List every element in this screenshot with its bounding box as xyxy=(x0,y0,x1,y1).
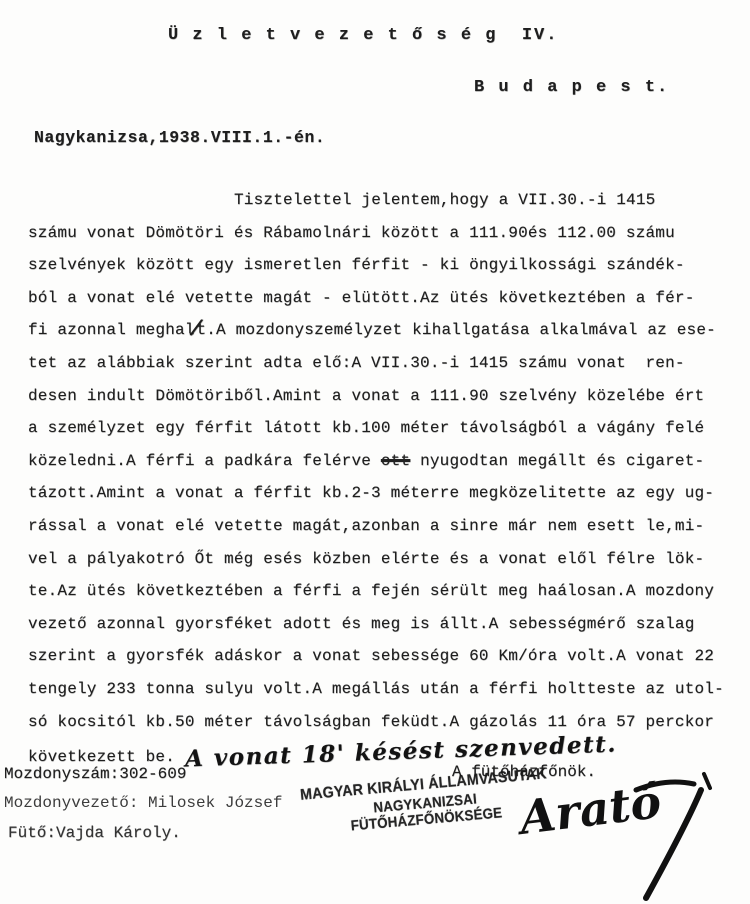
typed-text: következett be. xyxy=(28,748,185,766)
body-lines: Tisztelettel jelentem,hogy a VII.30.-i 1… xyxy=(28,184,734,771)
driver-name: Mozdonyvezető: Milosek József xyxy=(4,794,282,812)
body-line: te.Az ütés következtében a férfi a fején… xyxy=(28,575,734,608)
typed-text: vel a pályakotró Őt még esés közben elér… xyxy=(28,550,704,568)
dateline: Nagykanizsa,1938.VIII.1.-én. xyxy=(34,128,325,147)
body-line: tet az alábbiak szerint adta elő:A VII.3… xyxy=(28,347,734,380)
body-line: tengely 233 tonna sulyu volt.A megállás … xyxy=(28,673,734,706)
body-line: fi azonnal meghal/t.A mozdonyszemélyzet … xyxy=(28,314,734,347)
typed-text: vezető azonnal gyorsféket adott és meg i… xyxy=(28,615,695,633)
typed-text: te.Az ütés következtében a férfi a fején… xyxy=(28,582,714,600)
body-line: vel a pályakotró Őt még esés közben elér… xyxy=(28,543,734,576)
typed-text: fi azonnal meghal xyxy=(28,321,195,339)
body-line: a személyzet egy férfit látott kb.100 mé… xyxy=(28,412,734,445)
body-line: szerint a gyorsfék adáskor a vonat sebes… xyxy=(28,640,734,673)
signature-text: Arató xyxy=(518,774,664,845)
typed-text: tengely 233 tonna sulyu volt.A megállás … xyxy=(28,680,724,698)
typed-text: közeledni.A férfi a padkára felérve xyxy=(28,452,381,470)
body-line: desen indult Dömötöriből.Amint a vonat a… xyxy=(28,380,734,413)
body-line: ból a vonat elé vetette magát - elütött.… xyxy=(28,282,734,315)
typed-text: szelvények között egy ismeretlen férfit … xyxy=(28,256,685,274)
strike-text: ott xyxy=(381,452,410,470)
body-line: közeledni.A férfi a padkára felérve ott … xyxy=(28,445,734,478)
body-line: Tisztelettel jelentem,hogy a VII.30.-i 1… xyxy=(28,184,734,217)
office-heading: Ü z l e t v e z e t ő s é g IV. xyxy=(168,26,558,45)
body-line: szelvények között egy ismeretlen férfit … xyxy=(28,249,734,282)
handwritten-signature: Arató xyxy=(518,768,733,903)
scanned-document-page: Ü z l e t v e z e t ő s é g IV. B u d a … xyxy=(0,0,750,904)
typed-text: tet az alábbiak szerint adta elő:A VII.3… xyxy=(28,354,685,372)
typed-text: tázott.Amint a vonat a férfit kb.2-3 mét… xyxy=(28,484,714,502)
typed-text: t.A mozdonyszemélyzet kihallgatása alkal… xyxy=(196,321,715,339)
typed-text: szerint a gyorsfék adáskor a vonat sebes… xyxy=(28,647,714,665)
typed-text: desen indult Dömötöriből.Amint a vonat a… xyxy=(28,387,704,405)
typed-text: a személyzet egy férfit látott kb.100 mé… xyxy=(28,419,704,437)
locomotive-number: Mozdonyszám:302-609 xyxy=(4,765,186,783)
body-line: számu vonat Dömötöri és Rábamolnári közö… xyxy=(28,217,734,250)
city-heading: B u d a p e s t. xyxy=(474,78,669,97)
typed-text: nyugodtan megállt és cigaret- xyxy=(410,452,704,470)
typed-text: számu vonat Dömötöri és Rábamolnári közö… xyxy=(28,224,675,242)
typed-text: ból a vonat elé vetette magát - elütött.… xyxy=(28,289,695,307)
body-line: rással a vonat elé vetette magát,azonban… xyxy=(28,510,734,543)
stoker-name: Fütő:Vajda Károly. xyxy=(8,824,181,842)
body-line: só kocsitól kb.50 méter távolságban fekü… xyxy=(28,706,734,739)
scan-noise-specks xyxy=(0,0,2,2)
body-line: tázott.Amint a vonat a férfit kb.2-3 mét… xyxy=(28,477,734,510)
typed-text: Tisztelettel jelentem,hogy a VII.30.-i 1… xyxy=(234,191,655,209)
typed-text: rással a vonat elé vetette magát,azonban… xyxy=(28,517,704,535)
body-line: vezető azonnal gyorsféket adott és meg i… xyxy=(28,608,734,641)
